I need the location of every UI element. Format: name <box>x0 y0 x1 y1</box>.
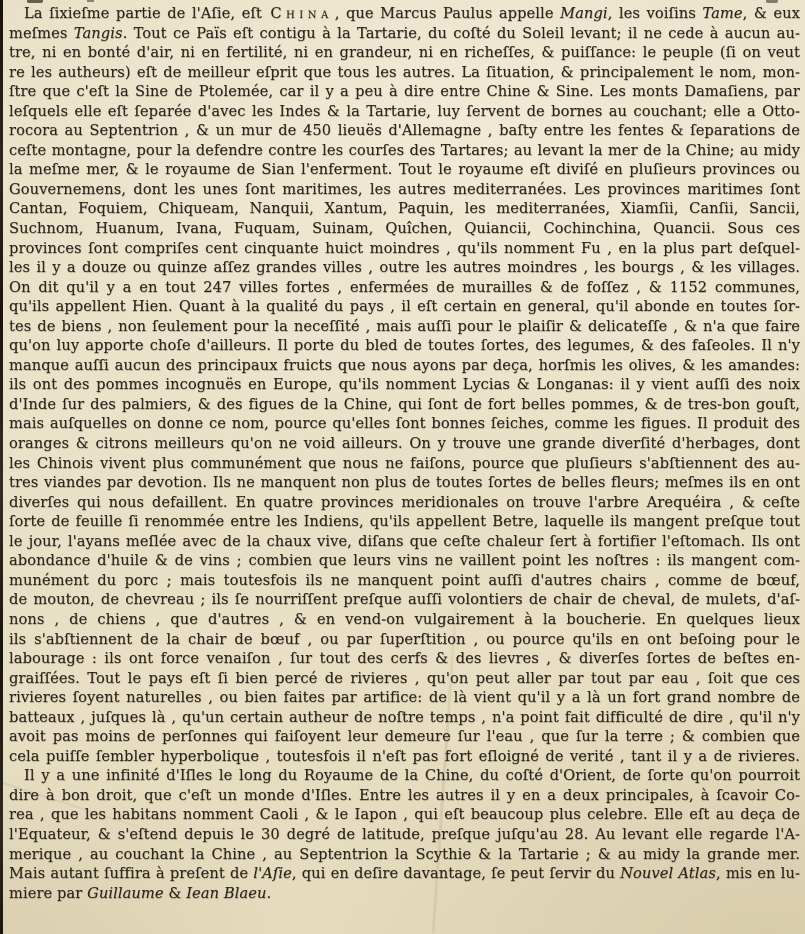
text-run: oranges & citrons meilleurs qu'on ne voi… <box>9 435 800 452</box>
text-run: Il y a une infinité d'Iſles le long du R… <box>24 767 800 784</box>
text-line: ceſte montagne, pour la defendre contre … <box>9 141 800 161</box>
text-line: abondance d'huile & de vins ; combien qu… <box>9 551 800 571</box>
text-run: , mis en lu- <box>716 865 800 882</box>
text-run: le jour, l'ayans meſlée avec de la chaux… <box>9 533 800 550</box>
text-run: ils s'abſtiennent de la chair de bœuf , … <box>9 631 800 648</box>
text-line: les il y a douze ou quinze aſſez grandes… <box>9 258 800 278</box>
text-run: dire à bon droit, que c'eſt un monde d'I… <box>9 787 800 804</box>
italic-word: Mangi <box>560 5 608 22</box>
text-line: rea , que les habitans nomment Caoli , &… <box>9 805 800 825</box>
text-run: , & eux <box>743 5 800 22</box>
text-run: mais auſquelles on donne ce nom, pource … <box>9 415 800 432</box>
text-line: ſtre que c'eſt la Sine de Ptolemée, car … <box>9 82 800 102</box>
text-run: ils ont des pommes incognuës en Europe, … <box>9 376 800 393</box>
text-run: l'Equateur, & s'eſtend depuis le 30 degr… <box>9 826 800 843</box>
text-run: Gouvernemens, dont les unes ſont maritim… <box>9 181 800 198</box>
text-run: manque auſſi aucun des principaux fruict… <box>9 357 800 374</box>
text-run: cela puiſſe ſembler hyperbolique , toute… <box>9 748 800 765</box>
page-crop-artifact <box>27 0 43 3</box>
text-run: miere par <box>9 885 87 902</box>
text-run: re les autheurs) eſt de meilleur eſprit … <box>9 64 800 81</box>
text-line: Il y a une infinité d'Iſles le long du R… <box>9 766 800 786</box>
book-page: La ſixieſme partie de l'Aſie, eſt China,… <box>0 0 805 934</box>
text-run: qu'on luy apporte choſe d'ailleurs. Il p… <box>9 337 800 354</box>
text-line: les Chinois vivent plus communément que … <box>9 454 800 474</box>
text-run: la meſme mer, & le royaume de Sian l'enf… <box>9 161 800 178</box>
text-line: leſquels elle eſt ſeparée d'avec les Ind… <box>9 102 800 122</box>
text-line: Suchnom, Huanum, Ivana, Fuquam, Suinam, … <box>9 219 800 239</box>
italic-word: Tame <box>702 5 742 22</box>
text-line: ils ont des pommes incognuës en Europe, … <box>9 375 800 395</box>
text-run: d'Inde ſur des palmiers, & des figues de… <box>9 396 800 413</box>
text-line: rocora au Septentrion , & un mur de 450 … <box>9 121 800 141</box>
text-line: ſorte de feuille ſi renommée entre les I… <box>9 512 800 532</box>
text-line: La ſixieſme partie de l'Aſie, eſt China,… <box>9 4 800 24</box>
text-run: . Tout ce Païs eſt contigu à la Tartarie… <box>123 25 800 42</box>
text-line: merique , au couchant la Chine , au Sept… <box>9 845 800 865</box>
text-line: graiſſées. Tout le pays eſt ſi bien perc… <box>9 669 800 689</box>
text-run: ceſte montagne, pour la defendre contre … <box>9 142 800 159</box>
text-line: diverſes qui nous defaillent. En quatre … <box>9 493 800 513</box>
text-line: rivieres ſoyent naturelles , ou bien fai… <box>9 688 800 708</box>
text-run: graiſſées. Tout le pays eſt ſi bien perc… <box>9 670 800 687</box>
text-line: dire à bon droit, que c'eſt un monde d'I… <box>9 786 800 806</box>
text-line: On dit qu'il y a en tout 247 villes fort… <box>9 278 800 298</box>
text-run: & <box>164 885 187 902</box>
text-line: l'Equateur, & s'eſtend depuis le 30 degr… <box>9 825 800 845</box>
text-run: rea , que les habitans nomment Caoli , &… <box>9 806 800 823</box>
text-line: qu'on luy apporte choſe d'ailleurs. Il p… <box>9 336 800 356</box>
spaced-caps-word: China <box>270 5 332 22</box>
text-line: munément du porc ; mais toutesfois ils n… <box>9 571 800 591</box>
text-line: le jour, l'ayans meſlée avec de la chaux… <box>9 532 800 552</box>
text-run: meſmes <box>9 25 74 42</box>
text-line: de mouton, de chevreau ; ils ſe nourriſſ… <box>9 590 800 610</box>
text-line: ils s'abſtiennent de la chair de bœuf , … <box>9 630 800 650</box>
text-line: re les autheurs) eſt de meilleur eſprit … <box>9 63 800 83</box>
text-line: tes de biens , non ſeulement pour la nec… <box>9 317 800 337</box>
text-line: avoit pas moins de perſonnes qui faiſoye… <box>9 727 800 747</box>
text-line: tre, ni en bonté d'air, ni en fertilité,… <box>9 43 800 63</box>
text-run: nons , de chiens , que d'autres , & en v… <box>9 611 800 628</box>
text-line: labourage : ils ont force venaiſon , ſur… <box>9 649 800 669</box>
text-run: tre, ni en bonté d'air, ni en fertilité,… <box>9 44 800 63</box>
text-run: tres viandes par devotion. Ils ne manque… <box>9 474 800 491</box>
left-margin-rule <box>0 0 3 934</box>
page-crop-artifact <box>87 0 94 2</box>
text-block: La ſixieſme partie de l'Aſie, eſt China,… <box>9 4 800 903</box>
text-run: de mouton, de chevreau ; ils ſe nourriſſ… <box>9 591 800 608</box>
text-line: d'Inde ſur des palmiers, & des figues de… <box>9 395 800 415</box>
text-line: tres viandes par devotion. Ils ne manque… <box>9 473 800 493</box>
text-run: avoit pas moins de perſonnes qui faiſoye… <box>9 728 800 745</box>
italic-word: Guillaume <box>87 885 164 902</box>
text-run: rocora au Septentrion , & un mur de 450 … <box>9 122 800 139</box>
text-run: Cantan, Foquiem, Chiqueam, Nanquii, Xant… <box>9 200 800 217</box>
text-line: meſmes Tangis. Tout ce Païs eſt contigu … <box>9 24 800 44</box>
text-run: qu'ils appellent Hien. Quant à la qualit… <box>9 298 800 315</box>
text-run: les Chinois vivent plus communément que … <box>9 455 800 472</box>
text-line: Cantan, Foquiem, Chiqueam, Nanquii, Xant… <box>9 199 800 219</box>
text-run: batteaux , juſques là , qu'un certain au… <box>9 709 800 726</box>
text-run: les il y a douze ou quinze aſſez grandes… <box>9 259 800 276</box>
text-run: ſorte de feuille ſi renommée entre les I… <box>9 513 800 530</box>
text-run: provinces ſont compriſes cent cinquante … <box>9 240 800 257</box>
text-line: mais auſquelles on donne ce nom, pource … <box>9 414 800 434</box>
text-run: , qui en deſire davantage, ſe peut ſervi… <box>292 865 620 882</box>
text-run: ſtre que c'eſt la Sine de Ptolemée, car … <box>9 83 800 100</box>
text-line: oranges & citrons meilleurs qu'on ne voi… <box>9 434 800 454</box>
text-run: abondance d'huile & de vins ; combien qu… <box>9 552 800 569</box>
italic-word: Nouvel Atlas <box>620 865 716 882</box>
text-line: Gouvernemens, dont les unes ſont maritim… <box>9 180 800 200</box>
italic-word: l'Aſie <box>253 865 292 882</box>
text-run: rivieres ſoyent naturelles , ou bien fai… <box>9 689 800 706</box>
text-line: manque auſſi aucun des principaux fruict… <box>9 356 800 376</box>
text-run: La ſixieſme partie de l'Aſie, eſt <box>24 5 268 22</box>
text-run: , les voiſins <box>608 5 703 22</box>
text-line: qu'ils appellent Hien. Quant à la qualit… <box>9 297 800 317</box>
text-line: Mais autant ſuffira à preſent de l'Aſie,… <box>9 864 800 884</box>
text-line: provinces ſont compriſes cent cinquante … <box>9 239 800 259</box>
page-crop-artifact <box>766 0 778 3</box>
text-run: labourage : ils ont force venaiſon , ſur… <box>9 650 800 667</box>
text-line: batteaux , juſques là , qu'un certain au… <box>9 708 800 728</box>
text-run: Suchnom, Huanum, Ivana, Fuquam, Suinam, … <box>9 220 800 237</box>
text-line: cela puiſſe ſembler hyperbolique , toute… <box>9 747 800 767</box>
text-run: , que Marcus Paulus appelle <box>335 5 560 22</box>
text-run: On dit qu'il y a en tout 247 villes fort… <box>9 279 800 296</box>
text-run: diverſes qui nous defaillent. En quatre … <box>9 494 800 511</box>
text-run: Mais autant ſuffira à preſent de <box>9 865 253 882</box>
text-run: . <box>266 885 271 902</box>
italic-word: Iean Blaeu <box>186 885 266 902</box>
text-run: tes de biens , non ſeulement pour la nec… <box>9 318 800 335</box>
text-line: nons , de chiens , que d'autres , & en v… <box>9 610 800 630</box>
text-run: munément du porc ; mais toutesfois ils n… <box>9 572 800 589</box>
italic-word: Tangis <box>74 25 123 42</box>
text-run: leſquels elle eſt ſeparée d'avec les Ind… <box>9 103 800 120</box>
text-run: merique , au couchant la Chine , au Sept… <box>9 846 800 863</box>
text-line: la meſme mer, & le royaume de Sian l'enf… <box>9 160 800 180</box>
text-line: miere par Guillaume & Iean Blaeu. <box>9 884 800 904</box>
